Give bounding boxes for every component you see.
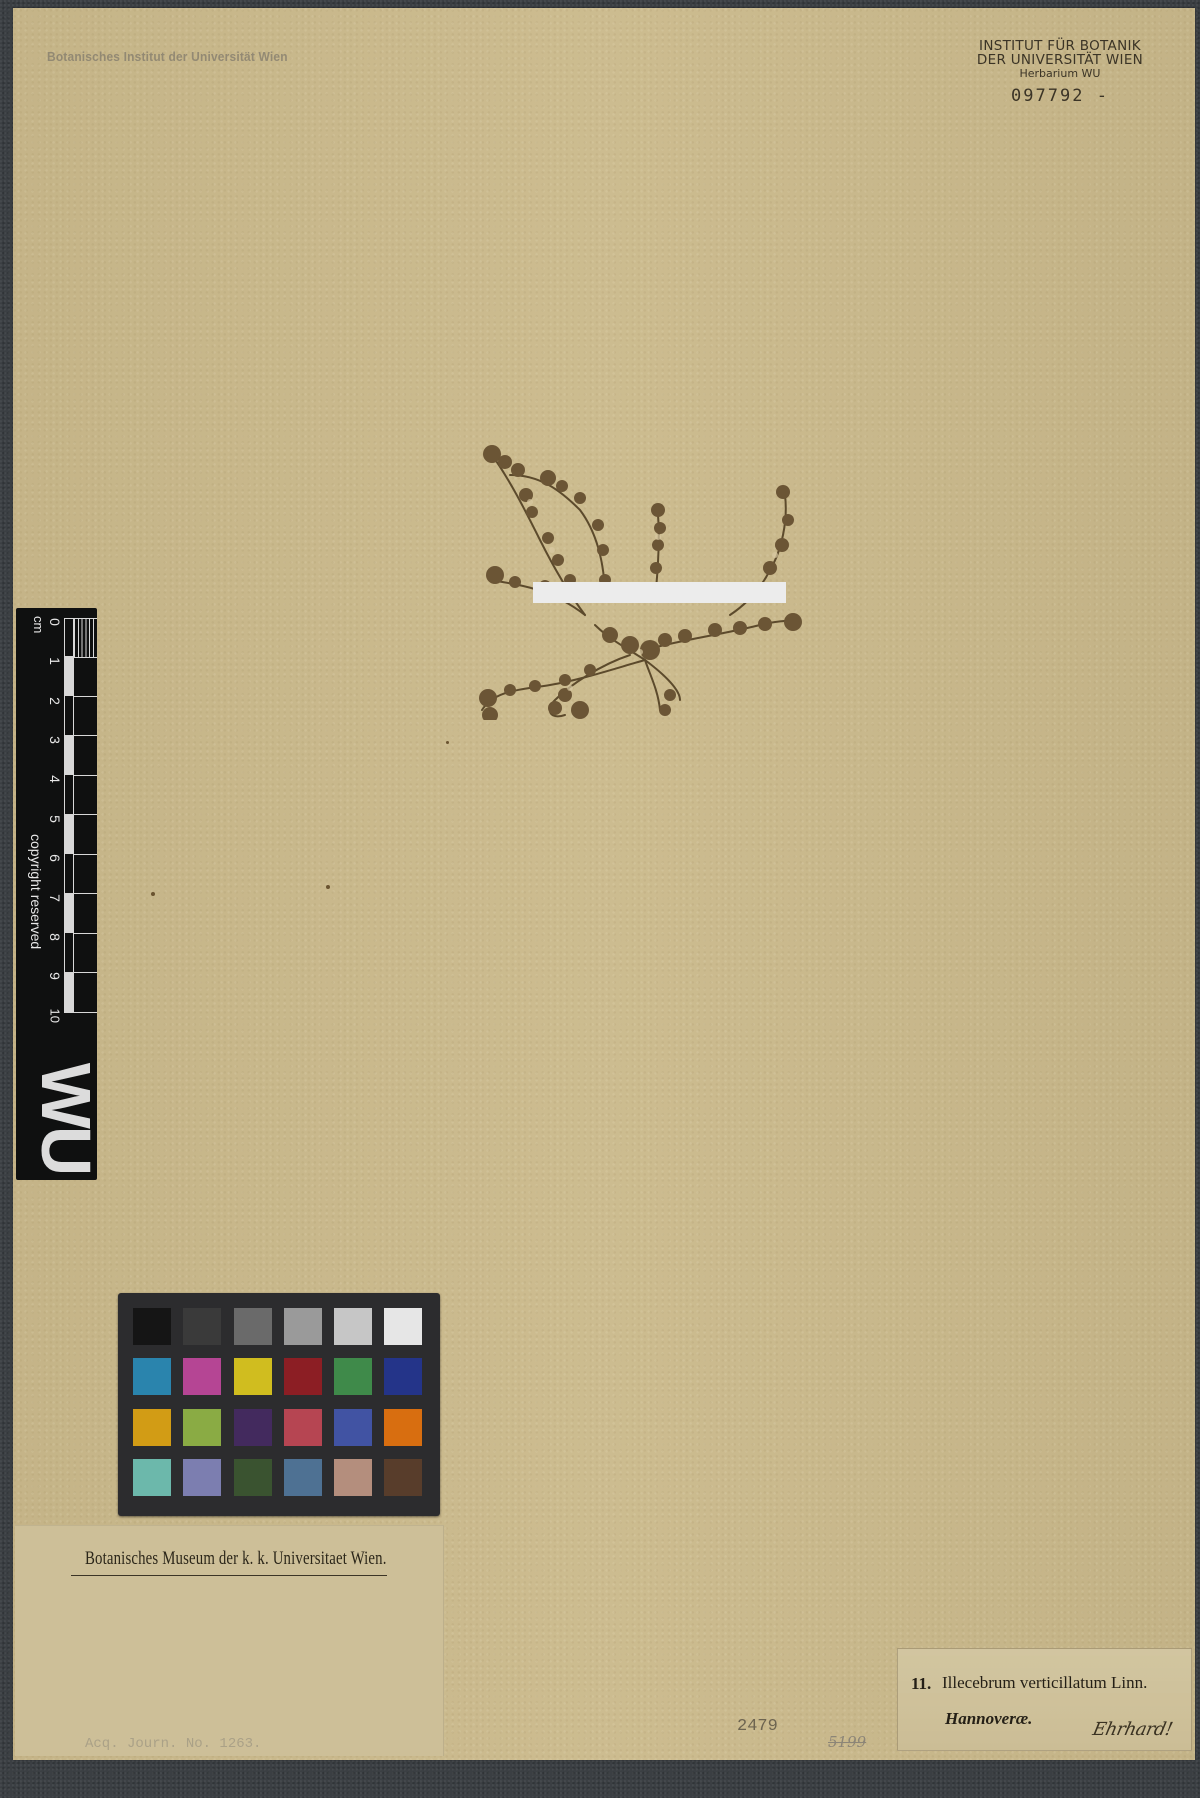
color-swatch <box>334 1409 372 1446</box>
museum-label: Botanisches Museum der k. k. Universitae… <box>15 1525 444 1756</box>
ruler-digit: 6 <box>47 851 63 865</box>
mounting-strip <box>533 582 786 603</box>
stamp-line-2: DER UNIVERSITÄT WIEN <box>960 54 1160 68</box>
paper-speck <box>326 885 330 889</box>
collector-signature: Ehrhard! <box>1091 1719 1174 1740</box>
ruler-digit: 2 <box>47 694 63 708</box>
sheet-number-pencil: 5199 <box>828 1733 866 1751</box>
color-swatch <box>183 1358 221 1395</box>
color-swatch <box>384 1409 422 1446</box>
wu-logo: WU <box>26 1058 106 1178</box>
species-name: Illecebrum verticillatum Linn. <box>942 1673 1147 1693</box>
color-swatch <box>284 1358 322 1395</box>
scale-tick <box>74 735 97 736</box>
color-swatch <box>133 1459 171 1496</box>
color-swatch <box>133 1409 171 1446</box>
ruler-digit: 7 <box>47 891 63 905</box>
scale-tick <box>74 1012 97 1013</box>
color-swatch <box>284 1409 322 1446</box>
color-swatch <box>334 1459 372 1496</box>
label-number: 11. <box>911 1674 931 1694</box>
color-swatch <box>234 1308 272 1345</box>
copyright-text: copyright reserved <box>28 834 44 949</box>
color-swatch <box>234 1459 272 1496</box>
paper-speck <box>151 892 155 896</box>
acquisition-number: Acq. Journ. No. 1263. <box>85 1736 261 1752</box>
color-swatch <box>183 1308 221 1345</box>
ruler-digit: 4 <box>47 772 63 786</box>
color-swatch <box>183 1409 221 1446</box>
sheet-number-stamped: 2479 <box>737 1717 778 1736</box>
color-swatch <box>133 1358 171 1395</box>
scale-segment <box>65 814 74 854</box>
stamp-line-3: Herbarium WU <box>960 68 1160 79</box>
ruler-digit: 0 <box>47 615 63 629</box>
ruler-unit-label: cm <box>31 616 46 633</box>
mm-ticks <box>74 618 97 657</box>
color-swatch <box>384 1358 422 1395</box>
cm-scale-ruler: cm 0 1 2 3 4 5 6 7 8 9 10 copyright rese… <box>16 608 97 1180</box>
color-swatch <box>133 1308 171 1345</box>
determination-label: 11. Illecebrum verticillatum Linn. Hanno… <box>897 1648 1192 1751</box>
ruler-digit: 8 <box>47 930 63 944</box>
institute-stamp-top-left: Botanisches Institut der Universität Wie… <box>47 49 288 64</box>
herbarium-stamp: INSTITUT FÜR BOTANIK DER UNIVERSITÄT WIE… <box>960 40 1160 105</box>
color-swatch <box>384 1308 422 1345</box>
barcode-number: 097792 - <box>960 88 1160 105</box>
scale-tick <box>74 972 97 973</box>
scale-tick <box>74 893 97 894</box>
scale-tick <box>74 854 97 855</box>
scale-segment <box>65 972 74 1012</box>
scale-segment <box>65 656 74 696</box>
ruler-digit: 3 <box>47 733 63 747</box>
scale-tick <box>74 814 97 815</box>
ruler-digit: 10 <box>48 1009 63 1023</box>
color-swatch <box>334 1308 372 1345</box>
paper-speck <box>446 741 449 744</box>
scale-tick <box>74 657 97 658</box>
ruler-digit: 1 <box>47 654 63 668</box>
color-swatch <box>334 1358 372 1395</box>
scale-tick <box>74 775 97 776</box>
museum-label-title: Botanisches Museum der k. k. Universitae… <box>85 1548 387 1570</box>
plant-specimen <box>470 440 810 720</box>
color-calibration-chart <box>118 1293 440 1516</box>
color-swatch <box>234 1409 272 1446</box>
color-swatch <box>234 1358 272 1395</box>
scale-tick <box>74 933 97 934</box>
ruler-digit: 9 <box>47 969 63 983</box>
color-swatch <box>284 1459 322 1496</box>
color-swatch <box>384 1459 422 1496</box>
scale-segment <box>65 735 74 775</box>
scale-tick <box>74 696 97 697</box>
ruler-digit: 5 <box>47 812 63 826</box>
scale-segment <box>65 893 74 933</box>
color-swatch <box>284 1308 322 1345</box>
locality: Hannoveræ. <box>945 1709 1032 1729</box>
color-swatch <box>183 1459 221 1496</box>
museum-label-rule <box>71 1575 387 1576</box>
